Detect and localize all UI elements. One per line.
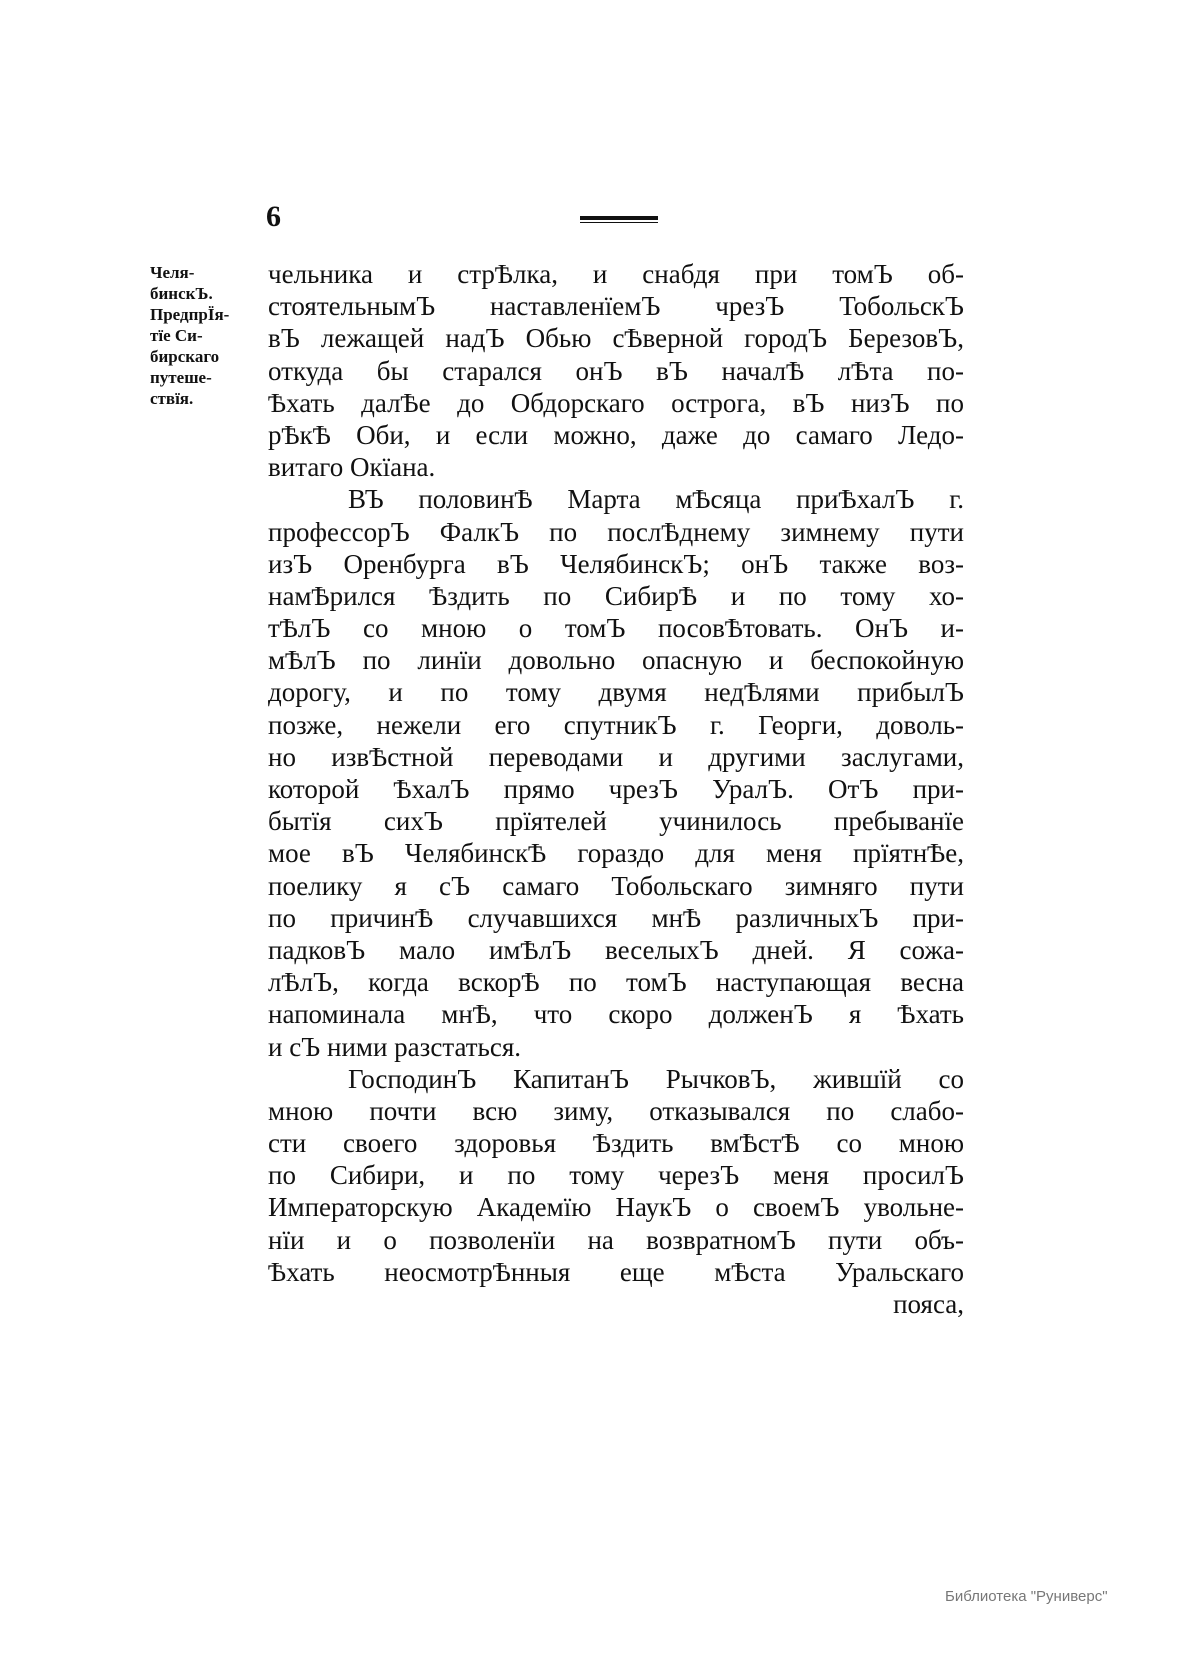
body-text: чельника и стрѢлка, и снабдя при томЪ об… — [268, 258, 964, 1320]
text-line: но извѢстной переводами и другими заслуг… — [268, 741, 964, 773]
paragraph-3: ГосподинЪ КапитанЪ РычковЪ, жившїй со мн… — [268, 1063, 964, 1321]
text-line: мое вЪ ЧелябинскѢ гораздо для меня прїят… — [268, 837, 964, 869]
margin-note-line: ПредпрЇя- — [150, 304, 262, 325]
text-line: по Сибири, и по тому черезЪ меня просилЪ — [268, 1159, 964, 1191]
margin-note: Челя- бинскЪ. ПредпрЇя- тїе Си- бирскаго… — [150, 262, 262, 409]
text-line: по причинѢ случавшихся мнѢ различныхЪ пр… — [268, 902, 964, 934]
text-line: стоятельнымЪ наставленїемЪ чрезЪ Тобольс… — [268, 290, 964, 322]
text-line: мѢлЪ по линїи довольно опасную и беспоко… — [268, 644, 964, 676]
text-line: тѢлЪ со мною о томЪ посовѢтовать. ОнЪ и- — [268, 612, 964, 644]
page-number: 6 — [266, 200, 281, 234]
header-rule — [580, 216, 658, 223]
text-line: витаго Окїана. — [268, 451, 964, 483]
text-line: нїи и о позволенїи на возвратномЪ пути о… — [268, 1224, 964, 1256]
text-line: и сЪ ними разстаться. — [268, 1031, 964, 1063]
text-line: вЪ лежащей надЪ Обью сѢверной городЪ Бер… — [268, 322, 964, 354]
text-line: откуда бы старался онЪ вЪ началѢ лѢта по… — [268, 355, 964, 387]
text-line: позже, нежели его спутникЪ г. Георги, до… — [268, 709, 964, 741]
text-line: которой ѢхалЪ прямо чрезЪ УралЪ. ОтЪ при… — [268, 773, 964, 805]
margin-note-line: Челя- — [150, 262, 262, 283]
text-line: профессорЪ ФалкЪ по послѢднему зимнему п… — [268, 516, 964, 548]
text-line: Ѣхать неосмотрѢнныя еще мѢста Уральскаго — [268, 1256, 964, 1288]
catchword: пояса, — [268, 1288, 964, 1320]
margin-note-line: путеше- — [150, 367, 262, 388]
text-line: рѢкѢ Оби, и если можно, даже до самаго Л… — [268, 419, 964, 451]
text-line: мною почти всю зиму, отказывался по слаб… — [268, 1095, 964, 1127]
text-line: напоминала мнѢ, что скоро долженЪ я Ѣхат… — [268, 998, 964, 1030]
paragraph-2: ВЪ половинѢ Марта мѢсяца приѢхалЪ г. про… — [268, 483, 964, 1062]
margin-note-line: бинскЪ. — [150, 283, 262, 304]
text-line: сти своего здоровья Ѣздить вмѢстѢ со мно… — [268, 1127, 964, 1159]
margin-note-line: ствїя. — [150, 388, 262, 409]
text-line: падковЪ мало имѢлЪ веселыхЪ дней. Я сожа… — [268, 934, 964, 966]
text-line: бытїя сихЪ прїятелей учинилось пребыванї… — [268, 805, 964, 837]
text-line: поелику я сЪ самаго Тобольскаго зимняго … — [268, 870, 964, 902]
text-line: Ѣхать далѢе до Обдорскаго острога, вЪ ни… — [268, 387, 964, 419]
text-line: дорогу, и по тому двумя недѢлями прибылЪ — [268, 676, 964, 708]
text-line: чельника и стрѢлка, и снабдя при томЪ об… — [268, 258, 964, 290]
text-line: изЪ Оренбурга вЪ ЧелябинскЪ; онЪ также в… — [268, 548, 964, 580]
text-line: Императорскую Академїю НаукЪ о своемЪ ув… — [268, 1191, 964, 1223]
paragraph-1: чельника и стрѢлка, и снабдя при томЪ об… — [268, 258, 964, 483]
text-line: ГосподинЪ КапитанЪ РычковЪ, жившїй со — [268, 1063, 964, 1095]
margin-note-line: тїе Си- — [150, 325, 262, 346]
text-line: намѢрился Ѣздить по СибирѢ и по тому хо- — [268, 580, 964, 612]
text-line: ВЪ половинѢ Марта мѢсяца приѢхалЪ г. — [268, 483, 964, 515]
text-line: лѢлЪ, когда вскорѢ по томЪ наступающая в… — [268, 966, 964, 998]
margin-note-line: бирскаго — [150, 346, 262, 367]
library-watermark: Библиотека "Руниверс" — [945, 1588, 1108, 1605]
